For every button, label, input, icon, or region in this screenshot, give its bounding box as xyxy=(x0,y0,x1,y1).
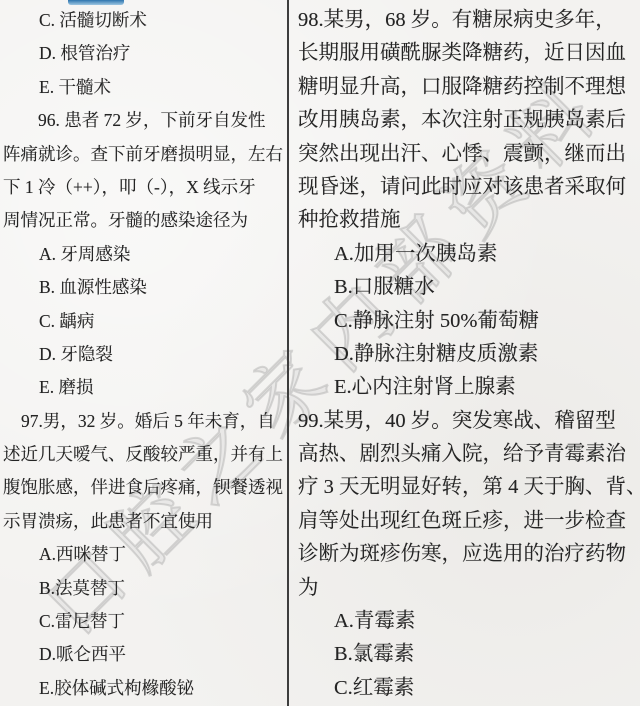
text-line: B.氯霉素 xyxy=(298,638,640,671)
text-line: E. 磨损 xyxy=(3,371,287,404)
text-line: 高热、剧烈头痛入院，给予青霉素治 xyxy=(298,438,640,471)
text-line: A.加用一次胰岛素 xyxy=(298,238,640,271)
text-line: 现昏迷，请问此时应对该患者采取何 xyxy=(298,171,640,204)
text-line: E. 干髓术 xyxy=(3,71,287,104)
exam-column-left: C. 活髓切断术D. 根管治疗E. 干髓术96. 患者 72 岁，下前牙自发性阵… xyxy=(0,0,287,706)
text-line: B.法莫替丁 xyxy=(3,572,287,605)
text-line: 97.男，32 岁。婚后 5 年未育，自 xyxy=(3,405,287,438)
exam-column-right: 98.某男，68 岁。有糖尿病史多年，长期服用磺酰脲类降糖药，近日因血糖明显升高… xyxy=(289,0,640,706)
text-line: A.青霉素 xyxy=(298,605,640,638)
text-line: 为 xyxy=(298,572,640,605)
text-line: E.心内注射肾上腺素 xyxy=(298,371,640,404)
text-line: 腹饱胀感，伴进食后疼痛，钡餐透视 xyxy=(3,471,287,504)
text-line: 96. 患者 72 岁，下前牙自发性 xyxy=(3,104,287,137)
text-line: 阵痛就诊。查下前牙磨损明显，左右 xyxy=(3,138,287,171)
text-line: D.哌仑西平 xyxy=(3,638,287,671)
text-line: A.西咪替丁 xyxy=(3,538,287,571)
text-line: 种抢救措施 xyxy=(298,204,640,237)
text-line: 疗 3 天无明显好转，第 4 天于胸、背、 xyxy=(298,471,640,504)
text-line: 98.某男，68 岁。有糖尿病史多年， xyxy=(298,4,640,37)
text-line: 改用胰岛素，本次注射正规胰岛素后 xyxy=(298,104,640,137)
text-line: B.口服糖水 xyxy=(298,271,640,304)
scanned-exam-page: 口腔之家内部资料 C. 活髓切断术D. 根管治疗E. 干髓术96. 患者 72 … xyxy=(0,0,640,706)
text-line: D. 牙隐裂 xyxy=(3,338,287,371)
text-line: 诊断为斑疹伤寒，应选用的治疗药物 xyxy=(298,538,640,571)
text-line: D.静脉注射糖皮质激素 xyxy=(298,338,640,371)
highlight-fragment xyxy=(68,0,124,5)
text-line: 突然出现出汗、心悸、震颤，继而出 xyxy=(298,138,640,171)
text-line: C.雷尼替丁 xyxy=(3,605,287,638)
text-line: C.红霉素 xyxy=(298,672,640,705)
text-line: A. 牙周感染 xyxy=(3,238,287,271)
text-line: 下 1 冷（++），叩（-），X 线示牙 xyxy=(3,171,287,204)
text-line: C.静脉注射 50%葡萄糖 xyxy=(298,305,640,338)
text-line: 肩等处出现红色斑丘疹，进一步检查 xyxy=(298,505,640,538)
text-line: E.胶体碱式枸橼酸铋 xyxy=(3,672,287,705)
text-line: 示胃溃疡，此患者不宜使用 xyxy=(3,505,287,538)
text-line: 长期服用磺酰脲类降糖药，近日因血 xyxy=(298,37,640,70)
text-line: 99.某男，40 岁。突发寒战、稽留型 xyxy=(298,405,640,438)
text-line: D. 根管治疗 xyxy=(3,37,287,70)
text-line: 周情况正常。牙髓的感染途径为 xyxy=(3,204,287,237)
text-line: 糖明显升高，口服降糖药控制不理想 xyxy=(298,71,640,104)
text-line: C. 活髓切断术 xyxy=(3,4,287,37)
text-line: 述近几天嗳气、反酸较严重，并有上 xyxy=(3,438,287,471)
two-column-text-area: C. 活髓切断术D. 根管治疗E. 干髓术96. 患者 72 岁，下前牙自发性阵… xyxy=(0,0,640,706)
text-line: B. 血源性感染 xyxy=(3,271,287,304)
text-line: C. 龋病 xyxy=(3,305,287,338)
